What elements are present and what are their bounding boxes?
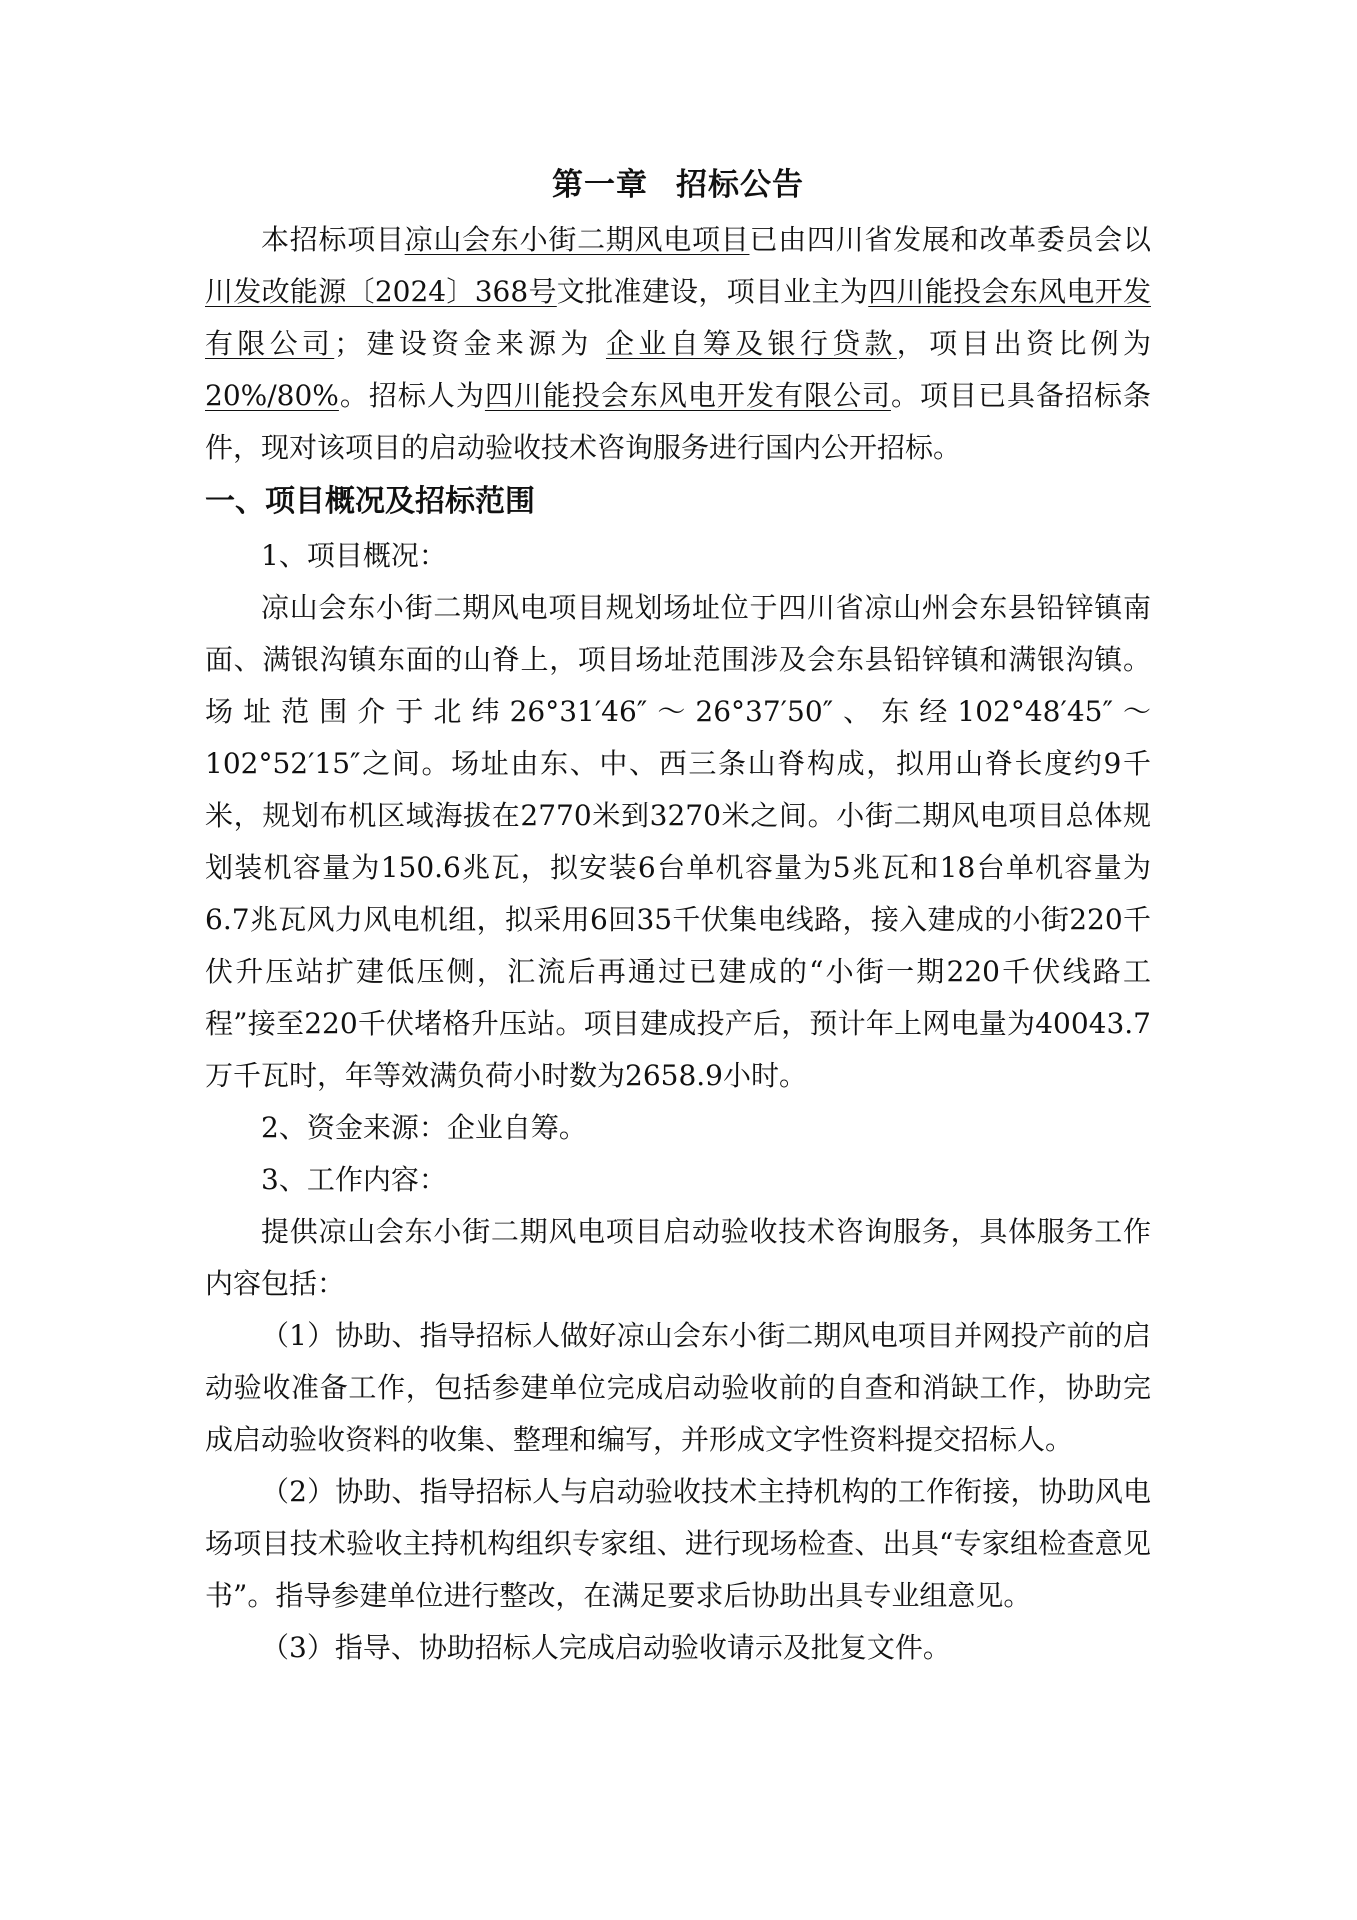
project-name: 凉山会东小街二期风电项目 bbox=[405, 223, 750, 256]
project-overview-text: 凉山会东小街二期风电项目规划场址位于四川省凉山州会东县铅锌镇南面、满银沟镇东面的… bbox=[205, 582, 1151, 1102]
approval-document: 川发改能源〔2024〕368号 bbox=[205, 275, 557, 308]
chapter-title: 第一章招标公告 bbox=[205, 158, 1151, 212]
work-item-3: （3）指导、协助招标人完成启动验收请示及批复文件。 bbox=[205, 1622, 1151, 1674]
tenderer: 四川能投会东风电开发有限公司 bbox=[485, 379, 891, 412]
chapter-number: 第一章 bbox=[552, 167, 648, 203]
subsection-label-overview: 1、项目概况： bbox=[205, 530, 1151, 582]
document-page: 第一章招标公告 本招标项目凉山会东小街二期风电项目已由四川省发展和改革委员会以川… bbox=[205, 158, 1151, 1674]
section-heading: 一、项目概况及招标范围 bbox=[205, 474, 1151, 530]
intro-paragraph: 本招标项目凉山会东小街二期风电项目已由四川省发展和改革委员会以川发改能源〔202… bbox=[205, 214, 1151, 474]
fund-source-line: 2、资金来源：企业自筹。 bbox=[205, 1102, 1151, 1154]
work-content-intro: 提供凉山会东小街二期风电项目启动验收技术咨询服务，具体服务工作内容包括： bbox=[205, 1206, 1151, 1310]
funding-ratio: 20%/80% bbox=[205, 379, 339, 412]
work-item-1: （1）协助、指导招标人做好凉山会东小街二期风电项目并网投产前的启动验收准备工作，… bbox=[205, 1310, 1151, 1466]
work-item-2: （2）协助、指导招标人与启动验收技术主持机构的工作衔接，协助风电场项目技术验收主… bbox=[205, 1466, 1151, 1622]
chapter-name: 招标公告 bbox=[676, 167, 804, 203]
fund-source: 企业自筹及银行贷款 bbox=[606, 327, 897, 360]
subsection-label-work: 3、工作内容： bbox=[205, 1154, 1151, 1206]
